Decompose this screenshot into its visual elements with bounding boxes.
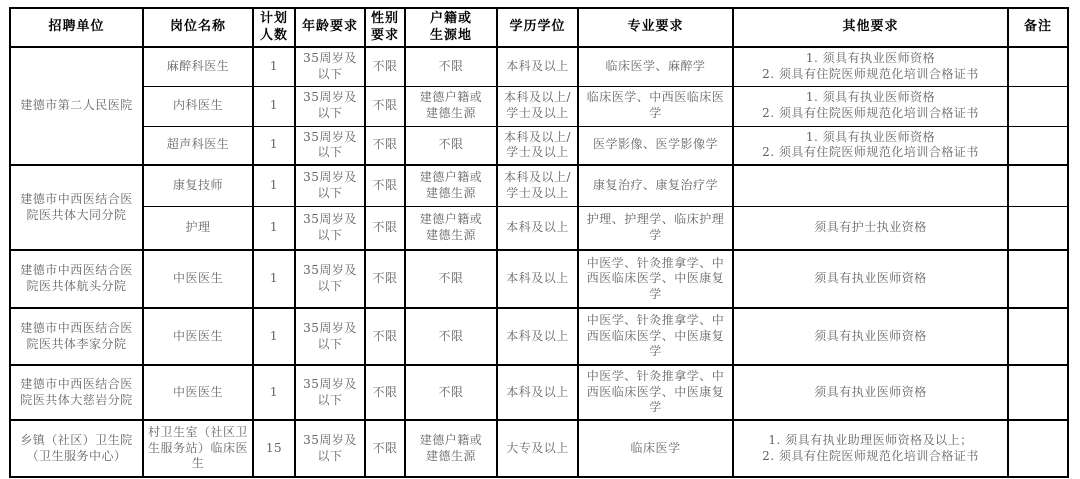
cell-education: 本科及以上/ 学士及以上 [497, 126, 578, 165]
cell-other-requirements: 须具有护士执业资格 [733, 206, 1008, 250]
header-row: 招聘单位 岗位名称 计划 人数 年龄要求 性别 要求 户籍或 生源地 学历学位 … [10, 8, 1068, 47]
cell-age: 35周岁及 以下 [295, 126, 365, 165]
cell-gender: 不限 [365, 206, 405, 250]
cell-education: 本科及以上 [497, 365, 578, 420]
cell-plan-count: 1 [253, 86, 295, 126]
cell-residence: 不限 [405, 308, 497, 365]
cell-residence: 建德户籍或 建德生源 [405, 420, 497, 477]
col-header-education: 学历学位 [497, 8, 578, 47]
cell-remark [1008, 47, 1068, 86]
cell-education: 本科及以上 [497, 47, 578, 86]
table-body: 建德市第二人民医院 麻醉科医生 1 35周岁及 以下 不限 不限 本科及以上 临… [10, 47, 1068, 477]
cell-other-requirements: 须具有执业医师资格 [733, 365, 1008, 420]
cell-gender: 不限 [365, 420, 405, 477]
recruitment-table: 招聘单位 岗位名称 计划 人数 年龄要求 性别 要求 户籍或 生源地 学历学位 … [9, 7, 1069, 478]
col-header-major: 专业要求 [578, 8, 733, 47]
cell-education: 大专及以上 [497, 420, 578, 477]
cell-plan-count: 1 [253, 165, 295, 206]
cell-remark [1008, 420, 1068, 477]
cell-unit: 建德市中西医结合医 院医共体大慈岩分院 [10, 365, 143, 420]
cell-position: 中医医生 [143, 308, 253, 365]
table-header: 招聘单位 岗位名称 计划 人数 年龄要求 性别 要求 户籍或 生源地 学历学位 … [10, 8, 1068, 47]
cell-major: 临床医学、麻醉学 [578, 47, 733, 86]
cell-remark [1008, 365, 1068, 420]
table-row: 建德市第二人民医院 麻醉科医生 1 35周岁及 以下 不限 不限 本科及以上 临… [10, 47, 1068, 86]
cell-age: 35周岁及 以下 [295, 365, 365, 420]
cell-age: 35周岁及 以下 [295, 86, 365, 126]
cell-unit: 建德市中西医结合医 院医共体航头分院 [10, 250, 143, 308]
cell-gender: 不限 [365, 47, 405, 86]
cell-age: 35周岁及 以下 [295, 250, 365, 308]
cell-remark [1008, 126, 1068, 165]
cell-plan-count: 1 [253, 47, 295, 86]
cell-other-requirements: 1. 须具有执业医师资格 2. 须具有住院医师规范化培训合格证书 [733, 47, 1008, 86]
cell-age: 35周岁及 以下 [295, 165, 365, 206]
cell-age: 35周岁及 以下 [295, 420, 365, 477]
cell-residence: 不限 [405, 126, 497, 165]
cell-plan-count: 1 [253, 206, 295, 250]
cell-plan-count: 1 [253, 126, 295, 165]
cell-major: 中医学、针灸推拿学、中 西医临床医学、中医康复 学 [578, 308, 733, 365]
cell-plan-count: 15 [253, 420, 295, 477]
table-row: 建德市中西医结合医 院医共体大同分院 康复技师 1 35周岁及 以下 不限 建德… [10, 165, 1068, 206]
cell-residence: 不限 [405, 365, 497, 420]
cell-major: 护理、护理学、临床护理 学 [578, 206, 733, 250]
col-header-gender: 性别 要求 [365, 8, 405, 47]
cell-other-requirements: 须具有执业医师资格 [733, 308, 1008, 365]
cell-gender: 不限 [365, 250, 405, 308]
cell-position: 超声科医生 [143, 126, 253, 165]
cell-education: 本科及以上 [497, 206, 578, 250]
cell-remark [1008, 86, 1068, 126]
cell-plan-count: 1 [253, 365, 295, 420]
col-header-unit: 招聘单位 [10, 8, 143, 47]
table-row: 建德市中西医结合医 院医共体李家分院 中医医生 1 35周岁及 以下 不限 不限… [10, 308, 1068, 365]
cell-other-requirements: 1. 须具有执业医师资格 2. 须具有住院医师规范化培训合格证书 [733, 126, 1008, 165]
cell-gender: 不限 [365, 126, 405, 165]
cell-age: 35周岁及 以下 [295, 308, 365, 365]
cell-residence: 不限 [405, 47, 497, 86]
cell-gender: 不限 [365, 308, 405, 365]
table-row: 内科医生 1 35周岁及 以下 不限 建德户籍或 建德生源 本科及以上/ 学士及… [10, 86, 1068, 126]
cell-major: 中医学、针灸推拿学、中 西医临床医学、中医康复 学 [578, 250, 733, 308]
table-row: 乡镇（社区）卫生院 （卫生服务中心） 村卫生室（社区卫 生服务站）临床医 生 1… [10, 420, 1068, 477]
cell-plan-count: 1 [253, 308, 295, 365]
cell-unit: 乡镇（社区）卫生院 （卫生服务中心） [10, 420, 143, 477]
cell-position: 内科医生 [143, 86, 253, 126]
cell-major: 中医学、针灸推拿学、中 西医临床医学、中医康复 学 [578, 365, 733, 420]
table-row: 超声科医生 1 35周岁及 以下 不限 不限 本科及以上/ 学士及以上 医学影像… [10, 126, 1068, 165]
cell-remark [1008, 308, 1068, 365]
cell-remark [1008, 165, 1068, 206]
cell-residence: 建德户籍或 建德生源 [405, 165, 497, 206]
cell-major: 临床医学、中西医临床医 学 [578, 86, 733, 126]
col-header-plan-count: 计划 人数 [253, 8, 295, 47]
cell-education: 本科及以上 [497, 308, 578, 365]
cell-residence: 不限 [405, 250, 497, 308]
cell-age: 35周岁及 以下 [295, 47, 365, 86]
col-header-position: 岗位名称 [143, 8, 253, 47]
cell-major: 康复治疗、康复治疗学 [578, 165, 733, 206]
cell-gender: 不限 [365, 165, 405, 206]
table-row: 建德市中西医结合医 院医共体大慈岩分院 中医医生 1 35周岁及 以下 不限 不… [10, 365, 1068, 420]
cell-remark [1008, 206, 1068, 250]
cell-plan-count: 1 [253, 250, 295, 308]
cell-education: 本科及以上/ 学士及以上 [497, 165, 578, 206]
cell-major: 医学影像、医学影像学 [578, 126, 733, 165]
cell-position: 麻醉科医生 [143, 47, 253, 86]
cell-other-requirements: 须具有执业医师资格 [733, 250, 1008, 308]
cell-position: 康复技师 [143, 165, 253, 206]
cell-other-requirements: 1. 须具有执业医师资格 2. 须具有住院医师规范化培训合格证书 [733, 86, 1008, 126]
cell-unit: 建德市中西医结合医 院医共体李家分院 [10, 308, 143, 365]
cell-age: 35周岁及 以下 [295, 206, 365, 250]
cell-other-requirements: 1. 须具有执业助理医师资格及以上； 2. 须具有住院医师规范化培训合格证书 [733, 420, 1008, 477]
col-header-age: 年龄要求 [295, 8, 365, 47]
cell-position: 护理 [143, 206, 253, 250]
cell-remark [1008, 250, 1068, 308]
cell-major: 临床医学 [578, 420, 733, 477]
cell-gender: 不限 [365, 365, 405, 420]
cell-other-requirements [733, 165, 1008, 206]
table-row: 护理 1 35周岁及 以下 不限 建德户籍或 建德生源 本科及以上 护理、护理学… [10, 206, 1068, 250]
table-row: 建德市中西医结合医 院医共体航头分院 中医医生 1 35周岁及 以下 不限 不限… [10, 250, 1068, 308]
cell-gender: 不限 [365, 86, 405, 126]
cell-education: 本科及以上/ 学士及以上 [497, 86, 578, 126]
cell-residence: 建德户籍或 建德生源 [405, 86, 497, 126]
cell-unit: 建德市中西医结合医 院医共体大同分院 [10, 165, 143, 250]
col-header-residence: 户籍或 生源地 [405, 8, 497, 47]
col-header-remark: 备注 [1008, 8, 1068, 47]
recruitment-table-container: 招聘单位 岗位名称 计划 人数 年龄要求 性别 要求 户籍或 生源地 学历学位 … [9, 7, 1069, 478]
cell-residence: 建德户籍或 建德生源 [405, 206, 497, 250]
cell-position: 中医医生 [143, 365, 253, 420]
cell-unit: 建德市第二人民医院 [10, 47, 143, 165]
cell-position: 中医医生 [143, 250, 253, 308]
cell-education: 本科及以上 [497, 250, 578, 308]
cell-position: 村卫生室（社区卫 生服务站）临床医 生 [143, 420, 253, 477]
col-header-other-requirements: 其他要求 [733, 8, 1008, 47]
